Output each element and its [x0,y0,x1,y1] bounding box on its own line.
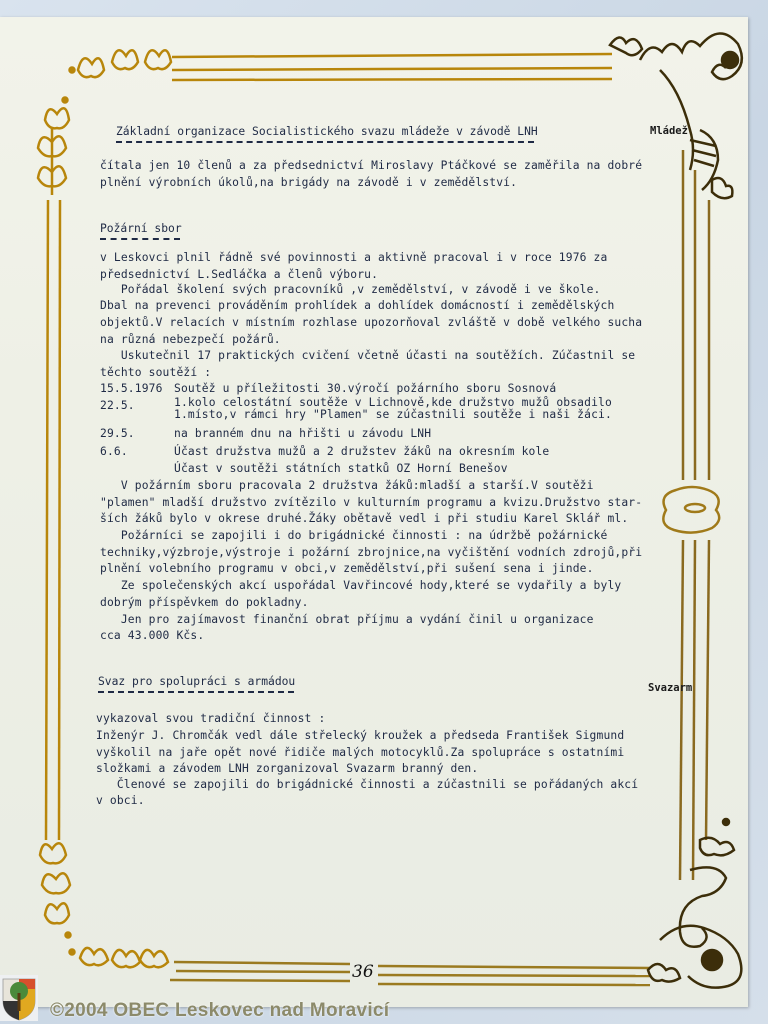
page-number: 36 [352,962,374,982]
section-heading-fire-brigade: Požární sbor [100,222,182,235]
event-text: Účast v soutěži státních statků OZ Horní… [174,460,508,477]
paragraph-line: Ze společenských akcí uspořádal Vavřinco… [100,577,621,594]
margin-label-mladez: Mládež [650,125,688,137]
paragraph-line: Inženýr J. Chromčák vedl dále střelecký … [96,727,624,744]
heading-underline [116,141,534,143]
paragraph-line: Pořádal školení svých pracovníků ,v země… [100,281,601,298]
paragraph-line: v Leskovci plnil řádně své povinnosti a … [100,249,607,266]
paragraph-line: Jen pro zajímavost finanční obrat příjmu… [100,611,594,628]
event-date: 6.6. [100,443,128,460]
paragraph-line: ších žáků bylo v okrese druhé.Žáky oběta… [100,510,628,527]
event-text: 1.kolo celostátní soutěže v Lichnově,kde… [174,397,612,421]
paragraph-line: Uskutečnil 17 praktických cvičení včetně… [100,347,635,364]
paragraph-line: dobrým příspěvkem do pokladny. [100,594,309,611]
event-date: 29.5. [100,425,135,442]
paragraph-line: Dbal na prevenci prováděním prohlídek a … [100,297,614,314]
heading-underline [98,691,294,693]
section-heading-youth-union: Základní organizace Socialistického svaz… [116,125,538,138]
event-text: Účast družstva mužů a 2 družstev žáků na… [174,443,549,460]
section-heading-svazarm: Svaz pro spolupráci s armádou [98,675,295,688]
paragraph-line: čítala jen 10 členů a za předsednictví M… [100,157,642,174]
copyright-watermark: ©2004 OBEC Leskovec nad Moravicí [50,1000,389,1022]
heading-underline [100,238,180,240]
event-date: 22.5. [100,397,135,414]
paragraph-line: "plamen" mladší družstvo zvítězilo v kul… [100,494,642,511]
paragraph-line: cca 43.000 Kčs. [100,627,204,644]
margin-label-svazarm: Svazarm [648,682,692,694]
village-coat-of-arms-logo [0,975,38,1021]
event-text: Soutěž u příležitosti 30.výročí požárníh… [174,380,556,397]
paragraph-line: Členové se zapojili do brigádnické činno… [96,776,638,793]
paragraph-line: v obci. [96,792,145,809]
paragraph-line: objektů.V relacích v místním rozhlase up… [100,314,642,331]
paragraph-line: na různá nebezpečí požárů. [100,331,281,348]
paragraph-line: složkami a závodem LNH zorganizoval Svaz… [96,760,478,777]
paragraph-line: vykazoval svou tradiční činnost : [96,710,325,727]
paragraph-line: těchto soutěží : [100,364,211,381]
paragraph-line: plnění volebního programu v obci,v zeměd… [100,560,594,577]
event-date: 15.5.1976 [100,380,163,397]
event-text: na branném dnu na hřišti u závodu LNH [174,425,431,442]
paragraph-line: plnění výrobních úkolů,na brigády na záv… [100,174,517,191]
paragraph-line: Požárníci se zapojili i do brigádnické č… [100,527,607,544]
paragraph-line: techniky,výzbroje,výstroje i požární zbr… [100,544,642,561]
paragraph-line: vyškolil na jaře opět nové řidiče malých… [96,744,624,761]
paragraph-line: V požárním sboru pracovala 2 družstva žá… [100,477,594,494]
